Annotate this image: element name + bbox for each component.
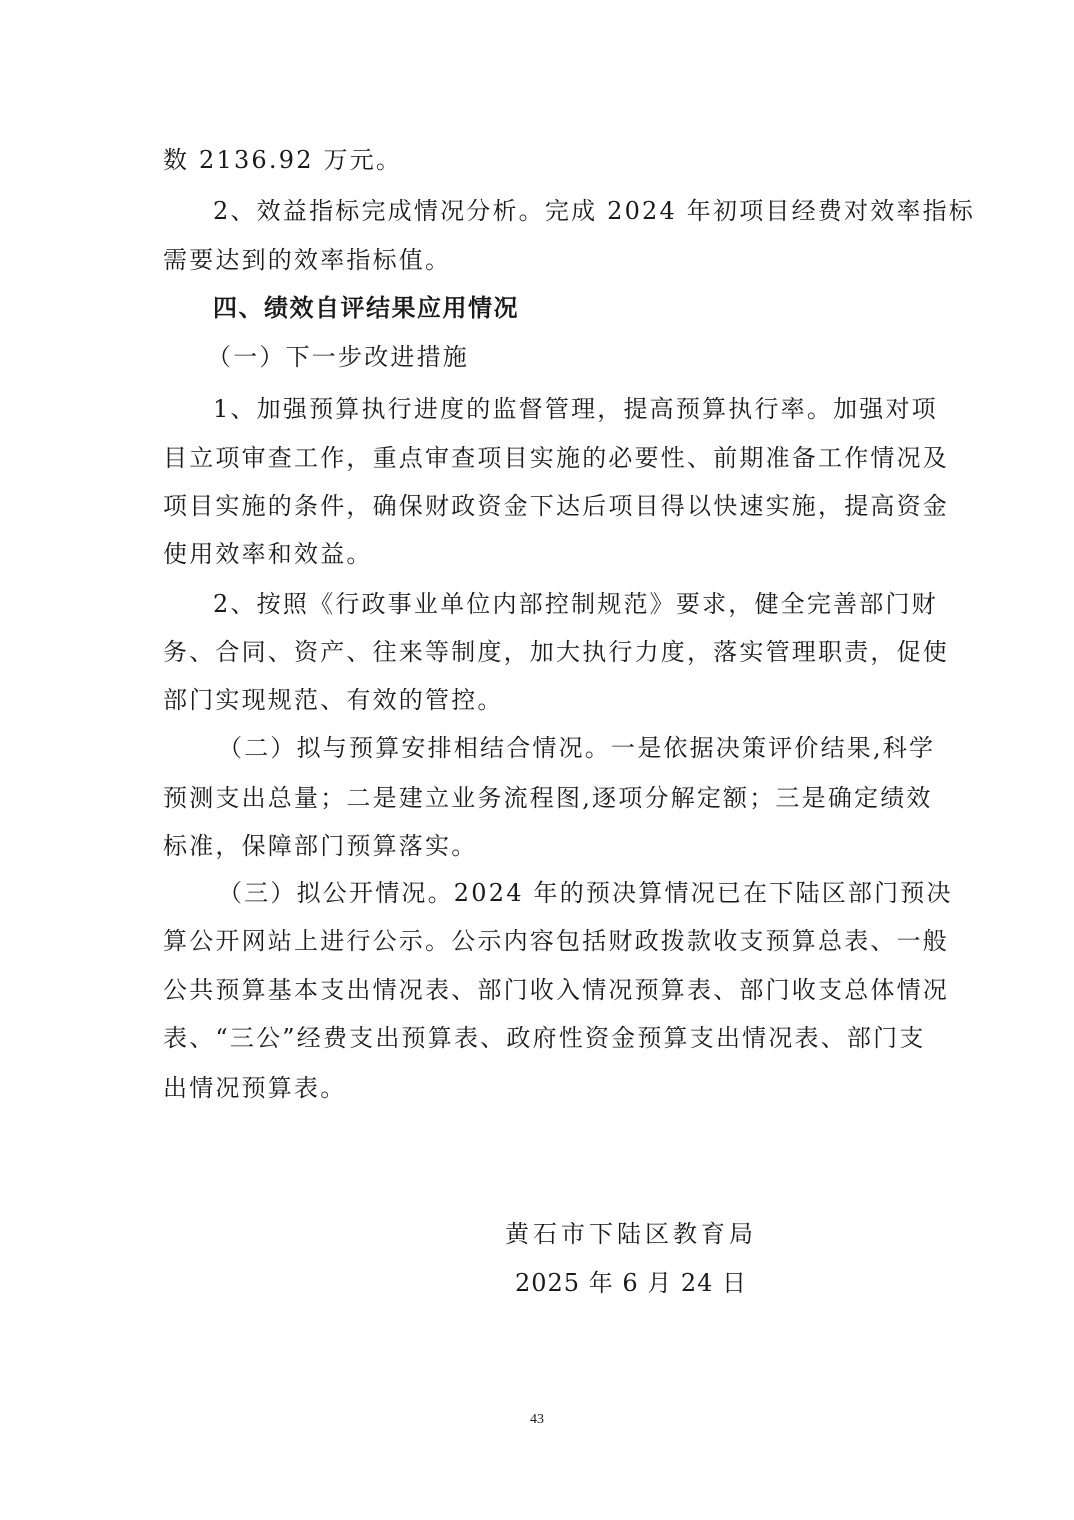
- paragraph-line: 表、“三公”经费支出预算表、政府性资金预算支出情况表、部门支: [163, 1022, 913, 1054]
- paragraph-line: 标准，保障部门预算落实。: [163, 830, 913, 862]
- paragraph-line: 出情况预算表。: [163, 1072, 913, 1104]
- paragraph-line: 使用效率和效益。: [163, 538, 913, 570]
- paragraph-line: 项目实施的条件，确保财政资金下达后项目得以快速实施，提高资金: [163, 490, 913, 522]
- signature-date: 2025 年 6 月 24 日: [515, 1267, 747, 1299]
- paragraph-line: 公共预算基本支出情况表、部门收入情况预算表、部门收支总体情况: [163, 974, 913, 1006]
- paragraph-line: 部门实现规范、有效的管控。: [163, 684, 913, 716]
- paragraph-line: 数 2136.92 万元。: [163, 144, 913, 176]
- paragraph-line: 目立项审查工作，重点审查项目实施的必要性、前期准备工作情况及: [163, 442, 913, 474]
- paragraph-line: 算公开网站上进行公示。公示内容包括财政拨款收支预算总表、一般: [163, 925, 913, 957]
- paragraph-line: （三）拟公开情况。2024 年的预决算情况已在下陆区部门预决: [218, 877, 905, 909]
- page-number: 43: [0, 1412, 1074, 1428]
- paragraph-line: 需要达到的效率指标值。: [163, 244, 913, 276]
- paragraph-line: 2、效益指标完成情况分析。完成 2024 年初项目经费对效率指标: [213, 195, 913, 227]
- paragraph-line: 务、合同、资产、往来等制度，加大执行力度，落实管理职责，促使: [163, 636, 913, 668]
- section-heading: 四、绩效自评结果应用情况: [213, 292, 963, 324]
- subsection-heading: （一）下一步改进措施: [207, 341, 907, 373]
- paragraph-line: （二）拟与预算安排相结合情况。一是依据决策评价结果,科学: [218, 732, 905, 764]
- signature-organization: 黄石市下陆区教育局: [505, 1218, 757, 1250]
- paragraph-line: 1、加强预算执行进度的监督管理，提高预算执行率。加强对项: [213, 393, 913, 425]
- paragraph-line: 预测支出总量；二是建立业务流程图,逐项分解定额；三是确定绩效: [163, 782, 913, 814]
- paragraph-line: 2、按照《行政事业单位内部控制规范》要求，健全完善部门财: [213, 588, 913, 620]
- document-page: 数 2136.92 万元。 2、效益指标完成情况分析。完成 2024 年初项目经…: [0, 0, 1074, 1520]
